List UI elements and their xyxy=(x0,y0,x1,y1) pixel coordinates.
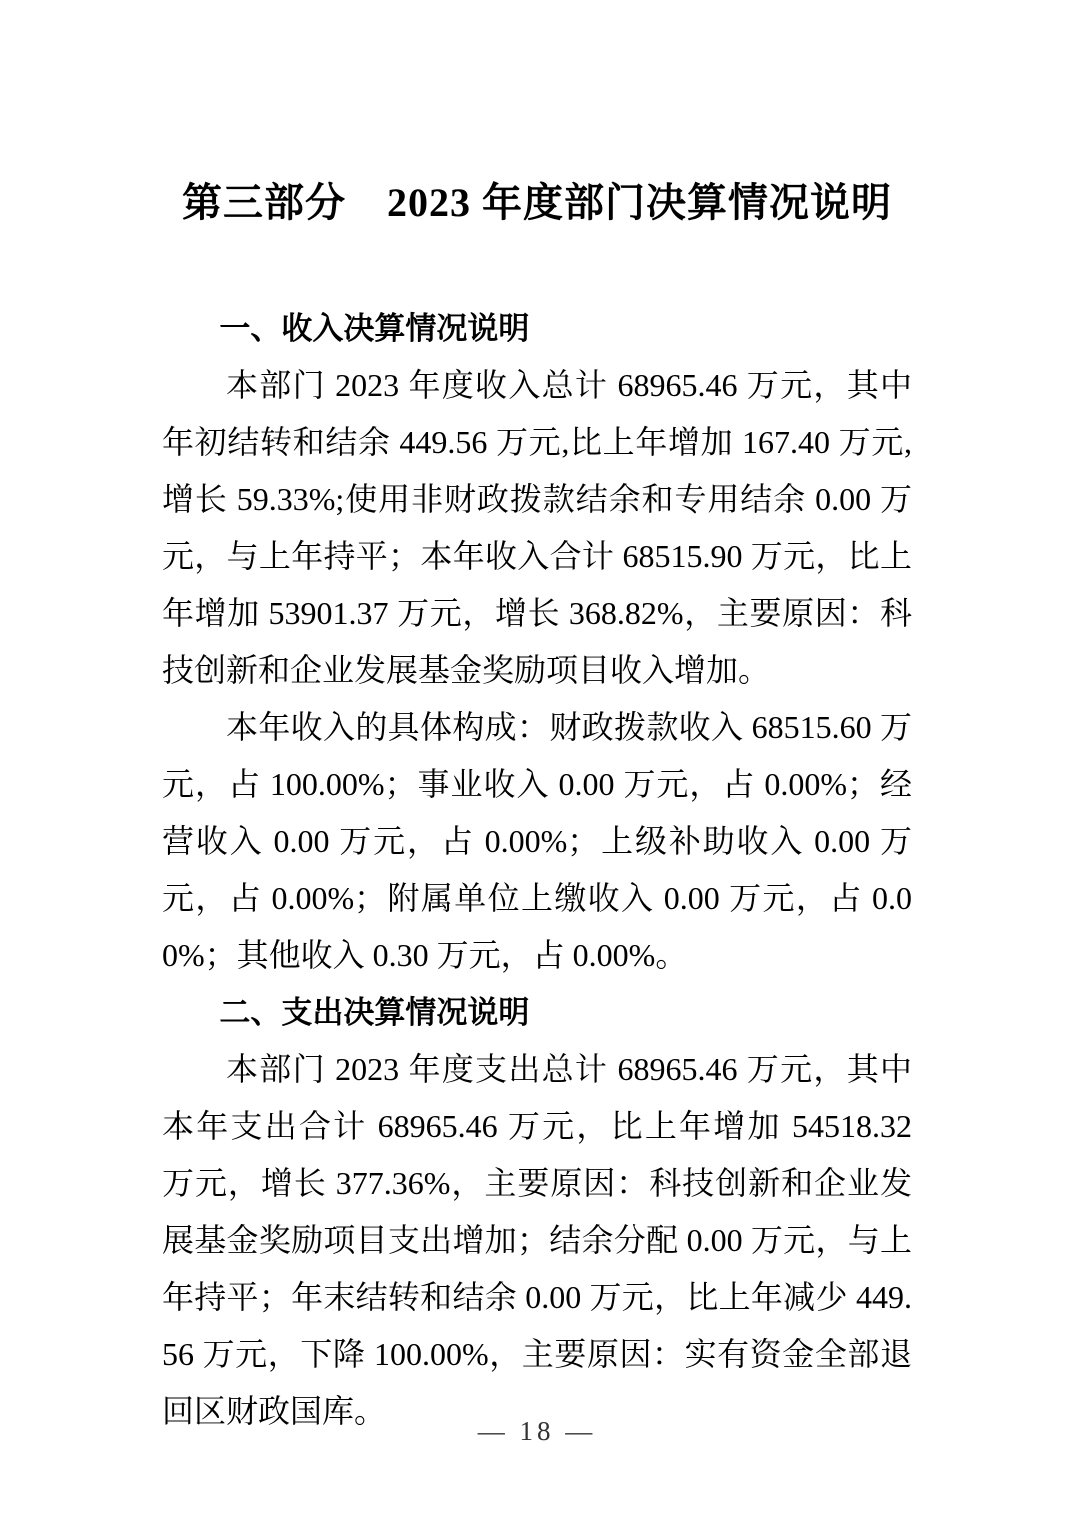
page-content: 第三部分 2023 年度部门决算情况说明 一、收入决算情况说明 本部门 2023… xyxy=(162,0,912,1440)
income-paragraph-2: 本年收入的具体构成：财政拨款收入 68515.60 万元，占 100.00%；事… xyxy=(162,699,912,984)
section-income: 一、收入决算情况说明 本部门 2023 年度收入总计 68965.46 万元，其… xyxy=(162,300,912,984)
expenditure-paragraph-1: 本部门 2023 年度支出总计 68965.46 万元，其中本年支出合计 689… xyxy=(162,1041,912,1440)
income-paragraph-1: 本部门 2023 年度收入总计 68965.46 万元，其中年初结转和结余 44… xyxy=(162,357,912,699)
page-number: — 18 — xyxy=(0,1416,1074,1447)
section-expenditure: 二、支出决算情况说明 本部门 2023 年度支出总计 68965.46 万元，其… xyxy=(162,984,912,1440)
document-page: 第三部分 2023 年度部门决算情况说明 一、收入决算情况说明 本部门 2023… xyxy=(0,0,1074,1520)
document-title: 第三部分 2023 年度部门决算情况说明 xyxy=(162,0,912,230)
expenditure-section-heading: 二、支出决算情况说明 xyxy=(162,984,912,1041)
income-section-heading: 一、收入决算情况说明 xyxy=(162,300,912,357)
